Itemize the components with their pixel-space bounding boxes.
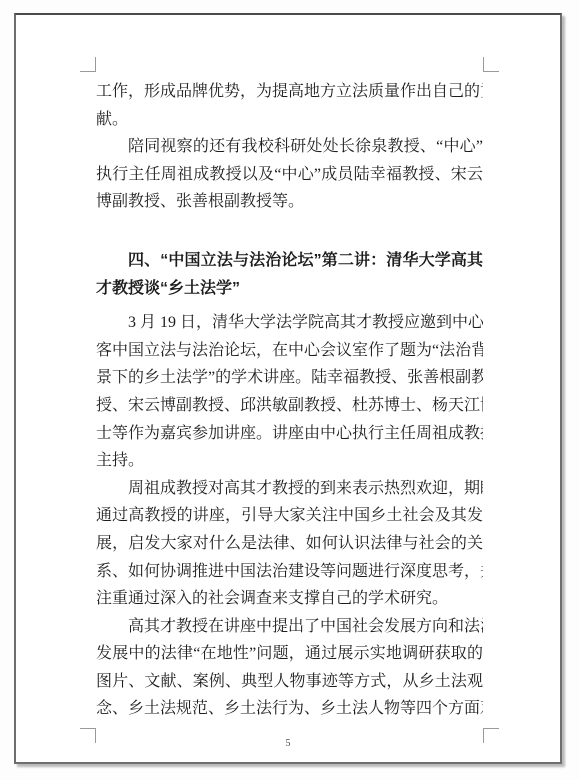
- paragraph-lecture-content: 高其才教授在讲座中提出了中国社会发展方向和法治 发展中的法律“在地性”问题，通过…: [96, 613, 483, 723]
- text-boundary-mark-top-right: [483, 57, 499, 72]
- text-line: 景下的乡土法学”的学术讲座。陆幸福教授、张善根副教: [96, 364, 483, 392]
- heading-line: 才教授谈“乡土法学”: [96, 275, 483, 303]
- heading-line: 四、“中国立法与法治论坛”第二讲：清华大学高其: [96, 247, 483, 275]
- text-line: 士等作为嘉宾参加讲座。讲座由中心执行主任周祖成教授: [96, 420, 483, 448]
- text-line: 通过高教授的讲座，引导大家关注中国乡土社会及其发: [96, 502, 483, 530]
- text-line: 主持。: [96, 447, 483, 475]
- paragraph-continued: 工作，形成品牌优势，为提高地方立法质量作出自己的贡 献。: [96, 78, 483, 133]
- page-text-area: 工作，形成品牌优势，为提高地方立法质量作出自己的贡 献。 陪同视察的还有我校科研…: [96, 78, 483, 723]
- text-line: 注重通过深入的社会调查来支撑自己的学术研究。: [96, 585, 483, 613]
- section-heading: 四、“中国立法与法治论坛”第二讲：清华大学高其 才教授谈“乡土法学”: [96, 247, 483, 302]
- text-line: 陪同视察的还有我校科研处处长徐泉教授、“中心”: [96, 133, 483, 161]
- document-page: 工作，形成品牌优势，为提高地方立法质量作出自己的贡 献。 陪同视察的还有我校科研…: [14, 13, 562, 764]
- app-canvas: 工作，形成品牌优势，为提高地方立法质量作出自己的贡 献。 陪同视察的还有我校科研…: [0, 0, 579, 780]
- paragraph-lecture-intro: 3 月 19 日，清华大学法学院高其才教授应邀到中心做 客中国立法与法治论坛，在…: [96, 309, 483, 475]
- text-line: 周祖成教授对高其才教授的到来表示热烈欢迎，期盼: [96, 475, 483, 503]
- text-line: 高其才教授在讲座中提出了中国社会发展方向和法治: [96, 613, 483, 641]
- text-boundary-mark-top-left: [80, 57, 96, 72]
- text-line: 展，启发大家对什么是法律、如何认识法律与社会的关: [96, 530, 483, 558]
- text-line: 客中国立法与法治论坛，在中心会议室作了题为“法治背: [96, 337, 483, 365]
- text-line: 图片、文献、案例、典型人物事迹等方式，从乡土法观: [96, 668, 483, 696]
- text-line: 献。: [96, 106, 483, 134]
- paragraph-accompany: 陪同视察的还有我校科研处处长徐泉教授、“中心” 执行主任周祖成教授以及“中心”成…: [96, 133, 483, 216]
- text-line: 3 月 19 日，清华大学法学院高其才教授应邀到中心做: [96, 309, 483, 337]
- text-line: 发展中的法律“在地性”问题，通过展示实地调研获取的: [96, 640, 483, 668]
- text-line: 念、乡土法规范、乡土法行为、乡土法人物等四个方面对: [96, 695, 483, 723]
- text-line: 执行主任周祖成教授以及“中心”成员陆幸福教授、宋云: [96, 161, 483, 189]
- text-line: 工作，形成品牌优势，为提高地方立法质量作出自己的贡: [96, 78, 483, 106]
- text-line: 博副教授、张善根副教授等。: [96, 188, 483, 216]
- text-line: 授、宋云博副教授、邱洪敏副教授、杜苏博士、杨天江博: [96, 392, 483, 420]
- page-number: 5: [16, 738, 560, 749]
- paragraph-welcome: 周祖成教授对高其才教授的到来表示热烈欢迎，期盼 通过高教授的讲座，引导大家关注中…: [96, 475, 483, 613]
- text-line: 系、如何协调推进中国法治建设等问题进行深度思考，并: [96, 558, 483, 586]
